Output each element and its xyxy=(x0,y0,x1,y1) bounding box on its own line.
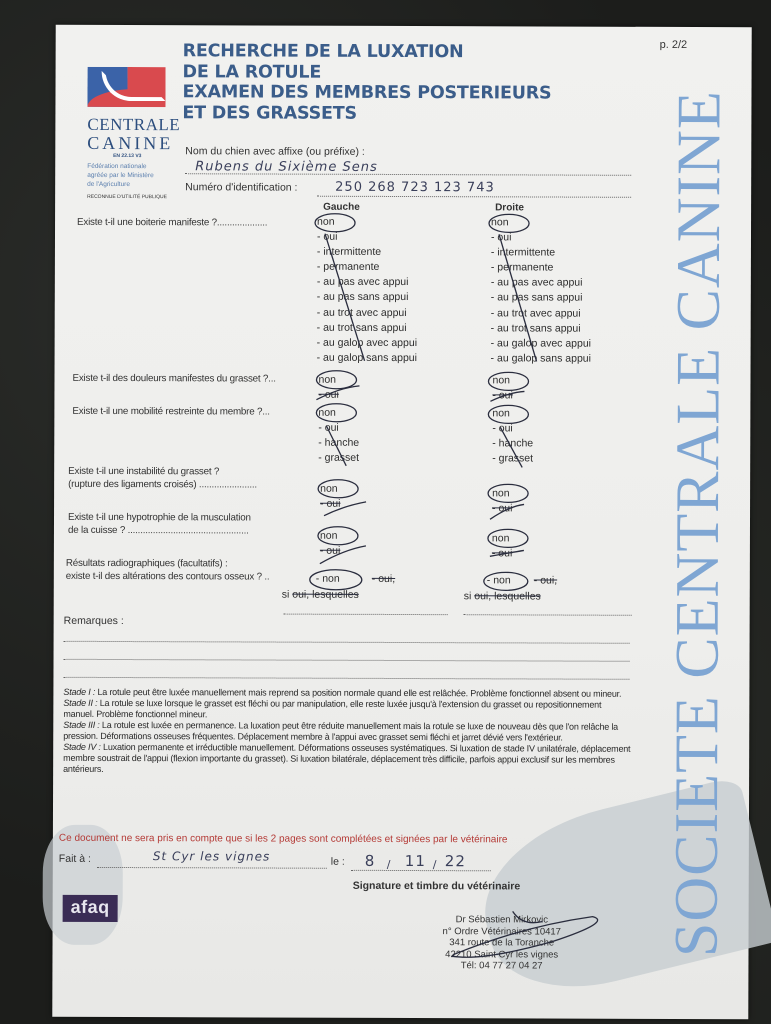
vet-signature-label: Signature et timbre du vétérinaire xyxy=(353,880,521,893)
hypotrophie-left-options[interactable]: non- oui xyxy=(320,529,341,559)
radio-left-oui[interactable]: - oui, xyxy=(372,573,395,585)
radio-right-oui[interactable]: - oui, xyxy=(534,574,557,586)
question-hypotrophie: Existe t-il une hypotrophie de la muscul… xyxy=(68,511,251,538)
column-right-header: Droite xyxy=(495,202,524,213)
id-number-label: Numéro d'identification : xyxy=(185,181,297,193)
afaq-logo: afaq xyxy=(63,895,118,922)
brand-subtitle: Fédération nationale agréée par le Minis… xyxy=(87,162,167,189)
form-page: SOCIETE CENTRALE CANINE p. 2/2 CENTRALE … xyxy=(52,25,751,1019)
boiterie-right-options[interactable]: non- oui- intermittente- permanente- au … xyxy=(491,215,592,366)
dog-name-field[interactable]: Rubens du Sixième Sens xyxy=(195,159,378,175)
date-month-field[interactable]: 11 xyxy=(405,852,426,870)
stage-4: Stade IV : Luxation permanente et irrédu… xyxy=(63,742,633,777)
douleurs-right-options[interactable]: non- oui xyxy=(492,373,513,403)
stage-2: Stade II : La rotule se luxe lorsque le … xyxy=(63,698,633,722)
mobilite-left-options[interactable]: non- oui- hanche- grasset xyxy=(318,406,359,467)
question-mobilite: Existe t-il une mobilité restreinte du m… xyxy=(72,405,269,419)
douleurs-left-options[interactable]: non- oui xyxy=(318,373,339,403)
hypotrophie-right-options[interactable]: non- oui xyxy=(492,531,513,561)
remarks-line-3[interactable] xyxy=(63,677,629,680)
radio-right-followup: si oui, lesquelles xyxy=(464,590,541,602)
remarks-line-2[interactable] xyxy=(64,659,630,662)
radio-left-non[interactable]: - non xyxy=(316,573,340,585)
centrale-canine-logo: CENTRALE CANINE EN 22.13 V3 Fédération n… xyxy=(87,67,167,200)
date-label: le : xyxy=(331,856,345,868)
brand-code: EN 22.13 V3 xyxy=(87,153,167,159)
mobilite-right-options[interactable]: non- oui- hanche- grasset xyxy=(492,406,533,467)
date-day-field[interactable]: 8 xyxy=(365,852,376,870)
brand-name: CENTRALE CANINE xyxy=(87,115,167,153)
boiterie-left-options[interactable]: non- oui- intermittente- permanente- au … xyxy=(317,215,418,366)
stage-definitions: Stade I : La rotule peut être luxée manu… xyxy=(63,687,633,777)
question-instabilite: Existe t-il une instabilité du grasset ?… xyxy=(68,465,257,492)
instabilite-right-options[interactable]: non- oui xyxy=(492,486,513,516)
remarks-line-1[interactable] xyxy=(64,641,630,644)
brand-recognition: RECONNUE D'UTILITÉ PUBLIQUE xyxy=(87,194,167,200)
place-label: Fait à : xyxy=(59,853,91,865)
question-radio: Résultats radiographiques (facultatifs) … xyxy=(66,557,270,584)
column-left-header: Gauche xyxy=(323,202,360,213)
stage-3: Stade III : La rotule est luxée en perma… xyxy=(63,720,633,744)
radio-right-non[interactable]: - non xyxy=(487,574,511,586)
remarks-label: Remarques : xyxy=(64,615,124,627)
dog-name-label: Nom du chien avec affixe (ou préfixe) : xyxy=(185,145,365,158)
validity-notice: Ce document ne sera pris en compte que s… xyxy=(59,833,508,846)
vet-stamp: Dr Sébastien Mirkovic n° Ordre Vétérinai… xyxy=(442,914,561,972)
radio-left-followup: si oui, lesquelles xyxy=(282,589,359,601)
instabilite-left-options[interactable]: non- oui xyxy=(320,482,341,512)
date-year-field[interactable]: 22 xyxy=(445,852,466,870)
question-douleurs: Existe t-il des douleurs manifestes du g… xyxy=(72,372,275,386)
radio-left-details-line[interactable] xyxy=(284,614,448,616)
form-title: RECHERCHE DE LA LUXATION DE LA ROTULE EX… xyxy=(182,41,551,124)
page-number: p. 2/2 xyxy=(660,39,688,51)
question-boiterie: Existe t-il une boiterie manifeste ?....… xyxy=(77,216,267,230)
place-field[interactable]: St Cyr les vignes xyxy=(153,849,271,863)
id-number-field[interactable]: 250 268 723 123 743 xyxy=(335,180,495,196)
leaping-dog-flag-icon xyxy=(87,67,165,107)
vertical-brand-text: SOCIETE CENTRALE CANINE xyxy=(661,90,734,957)
radio-right-details-line[interactable] xyxy=(464,614,632,616)
